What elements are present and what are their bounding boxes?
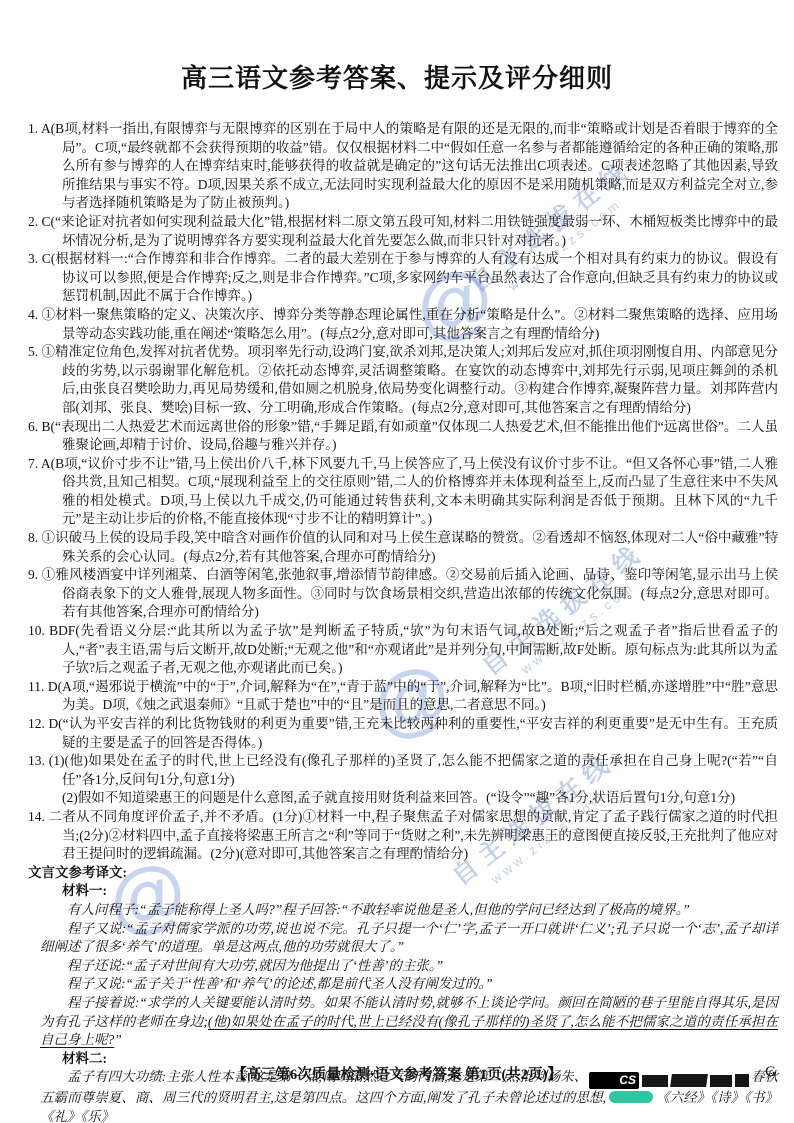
answer-text: (1)(他)如果处在孟子的时代,世上已经没有(像孔子那样的)圣贤了,怎么能不把儒… bbox=[49, 753, 778, 787]
answer-text: (2)假如不知道梁惠王的问题是什么意图,孟子就直接用财货利益来回答。(“设令”“… bbox=[62, 790, 735, 805]
answer-text: D(A项,“遏邪说于横流”中的“于”,介词,解释为“在”,“青于蓝”中的“于”,… bbox=[48, 679, 778, 713]
answer-number: 2. bbox=[28, 214, 38, 229]
answer-number: 5. bbox=[28, 344, 38, 359]
answer-item-14: 14. 二者从不同角度评价孟子,并不矛盾。(1分)①材料一中,程子聚焦孟子对儒家… bbox=[28, 808, 778, 864]
footer-center-text: 【高三第6次质量检测·语文参考答案 第1页(共2页)】 bbox=[232, 1067, 562, 1083]
answer-number: 14. bbox=[28, 809, 45, 824]
answer-item-5: 5. ①精准定位角色,发挥对抗者优势。项羽率先行动,设鸿门宴,欲杀刘邦,是决策人… bbox=[28, 343, 778, 417]
material-1-label: 材料一: bbox=[28, 882, 778, 901]
answer-text: ①材料一聚焦策略的定义、决策次序、博弈分类等静态理论属性,重在分析“策略是什么”… bbox=[42, 307, 778, 341]
answer-item-7: 7. A(B项,“议价寸步不让”错,马上侯出价八千,林下风要九千,马上侯答应了,… bbox=[28, 455, 778, 529]
answer-text: ①雅风楼酒宴中详列湘菜、白酒等闲笔,张弛叙事,增添情节韵律感。②交易前后插入论画… bbox=[42, 567, 778, 619]
page-footer: 【高三第6次质量检测·语文参考答案 第1页(共2页)】 G bbox=[0, 1063, 794, 1084]
translation-text: ” bbox=[114, 1032, 122, 1047]
answer-text: A(B项,“议价寸步不让”错,马上侯出价八千,林下风要九千,马上侯答应了,马上侯… bbox=[41, 456, 778, 527]
answer-sheet-page: 高三语文参考答案、提示及评分细则 1. A(B项,材料一指出,有限博弈与无限博弈… bbox=[0, 0, 794, 1123]
translation-paragraph: 有人问程子:“孟子能称得上圣人吗?”程子回答:“不敢轻率说他是圣人,但他的学问已… bbox=[40, 901, 778, 920]
green-highlight bbox=[609, 1091, 653, 1103]
answer-item-1: 1. A(B项,材料一指出,有限博弈与无限博弈的区别在于局中人的策略是有限的还是… bbox=[28, 120, 778, 213]
answer-number: 3. bbox=[28, 251, 38, 266]
answer-item-9: 9. ①雅风楼酒宴中详列湘菜、白酒等闲笔,张弛叙事,增添情节韵律感。②交易前后插… bbox=[28, 566, 778, 622]
translation-paragraph-underlined: 程子接着说:“求学的人关键要能认清时势。如果不能认清时势,就够不上谈论学问。颜回… bbox=[40, 994, 778, 1050]
translation-paragraph: 程子还说:“孟子对世间有大功劳,就因为他提出了‘性善’的主张。” bbox=[40, 957, 778, 976]
answer-item-6: 6. B(“表现出二人热爱艺术而远离世俗的形象”错,“手舞足蹈,有如顽童”仅体现… bbox=[28, 418, 778, 455]
answer-text: D(“认为平安吉祥的利比货物钱财的利更为重要”错,王充未比较两种利的重要性,“平… bbox=[48, 716, 778, 750]
answer-text: 二者从不同角度评价孟子,并不矛盾。(1分)①材料一中,程子聚焦孟子对儒家思想的贡… bbox=[49, 809, 778, 861]
translation-paragraph: 程子又说:“孟子关于‘性善’和‘养气’的论述,都是前代圣人没有阐发过的。” bbox=[40, 975, 778, 994]
answer-number: 1. bbox=[28, 121, 38, 136]
answer-text: ①精准定位角色,发挥对抗者优势。项羽率先行动,设鸿门宴,欲杀刘邦,是决策人;刘邦… bbox=[42, 344, 779, 415]
answer-number: 12. bbox=[28, 716, 45, 731]
answer-item-8: 8. ①识破马上侯的设局手段,笑中暗含对画作价值的认同和对马上侯生意谋略的赞赏。… bbox=[28, 529, 778, 566]
answer-text: B(“表现出二人热爱艺术而远离世俗的形象”错,“手舞足蹈,有如顽童”仅体现二人热… bbox=[42, 419, 778, 453]
answer-number: 11. bbox=[28, 679, 44, 694]
answer-text: C(根据材料一:“合作博弈和非合作博弈。二者的最大差别在于参与博弈的人有没有达成… bbox=[42, 251, 778, 303]
answer-text: BDF(先看语义分层:“此其所以为孟子欤”是判断孟子特质,“欤”为句末语气词,故… bbox=[49, 623, 778, 675]
answer-number: 13. bbox=[28, 753, 45, 768]
answer-item-13-part1: 13. (1)(他)如果处在孟子的时代,世上已经没有(像孔子那样的)圣贤了,怎么… bbox=[28, 752, 778, 789]
answer-item-2: 2. C(“来论证对抗者如何实现利益最大化”错,根据材料二原文第五段可知,材料二… bbox=[28, 213, 778, 250]
answer-text: ①识破马上侯的设局手段,笑中暗含对画作价值的认同和对马上侯生意谋略的赞赏。②看透… bbox=[42, 530, 778, 564]
answer-item-10: 10. BDF(先看语义分层:“此其所以为孟子欤”是判断孟子特质,“欤”为句末语… bbox=[28, 622, 778, 678]
answer-text: C(“来论证对抗者如何实现利益最大化”错,根据材料二原文第五段可知,材料二用铁链… bbox=[42, 214, 778, 248]
answer-number: 4. bbox=[28, 307, 38, 322]
translation-paragraph: 程子又说:“孟子对儒家学派的功劳,说也说不完。孔子只提一个‘仁’字,孟子一开口就… bbox=[40, 920, 778, 957]
answer-item-11: 11. D(A项,“遏邪说于横流”中的“于”,介词,解释为“在”,“青于蓝”中的… bbox=[28, 678, 778, 715]
answer-item-3: 3. C(根据材料一:“合作博弈和非合作博弈。二者的最大差别在于参与博弈的人有没… bbox=[28, 250, 778, 306]
footer-page-letter: G bbox=[765, 1064, 776, 1081]
answer-number: 10. bbox=[28, 623, 45, 638]
answer-number: 8. bbox=[28, 530, 38, 545]
answers-section: 1. A(B项,材料一指出,有限博弈与无限博弈的区别在于局中人的策略是有限的还是… bbox=[0, 95, 794, 1123]
answer-text: A(B项,材料一指出,有限博弈与无限博弈的区别在于局中人的策略是有限的还是无限的… bbox=[41, 121, 778, 210]
answer-item-12: 12. D(“认为平安吉祥的利比货物钱财的利更为重要”错,王充未比较两种利的重要… bbox=[28, 715, 778, 752]
answer-number: 7. bbox=[28, 456, 38, 471]
answer-number: 6. bbox=[28, 419, 38, 434]
translation-heading: 文言文参考译文: bbox=[28, 864, 778, 883]
answer-number: 9. bbox=[28, 567, 38, 582]
answer-item-4: 4. ①材料一聚焦策略的定义、决策次序、博弈分类等静态理论属性,重在分析“策略是… bbox=[28, 306, 778, 343]
answer-item-13-part2: (2)假如不知道梁惠王的问题是什么意图,孟子就直接用财货利益来回答。(“设令”“… bbox=[28, 789, 778, 808]
page-title: 高三语文参考答案、提示及评分细则 bbox=[0, 0, 794, 95]
